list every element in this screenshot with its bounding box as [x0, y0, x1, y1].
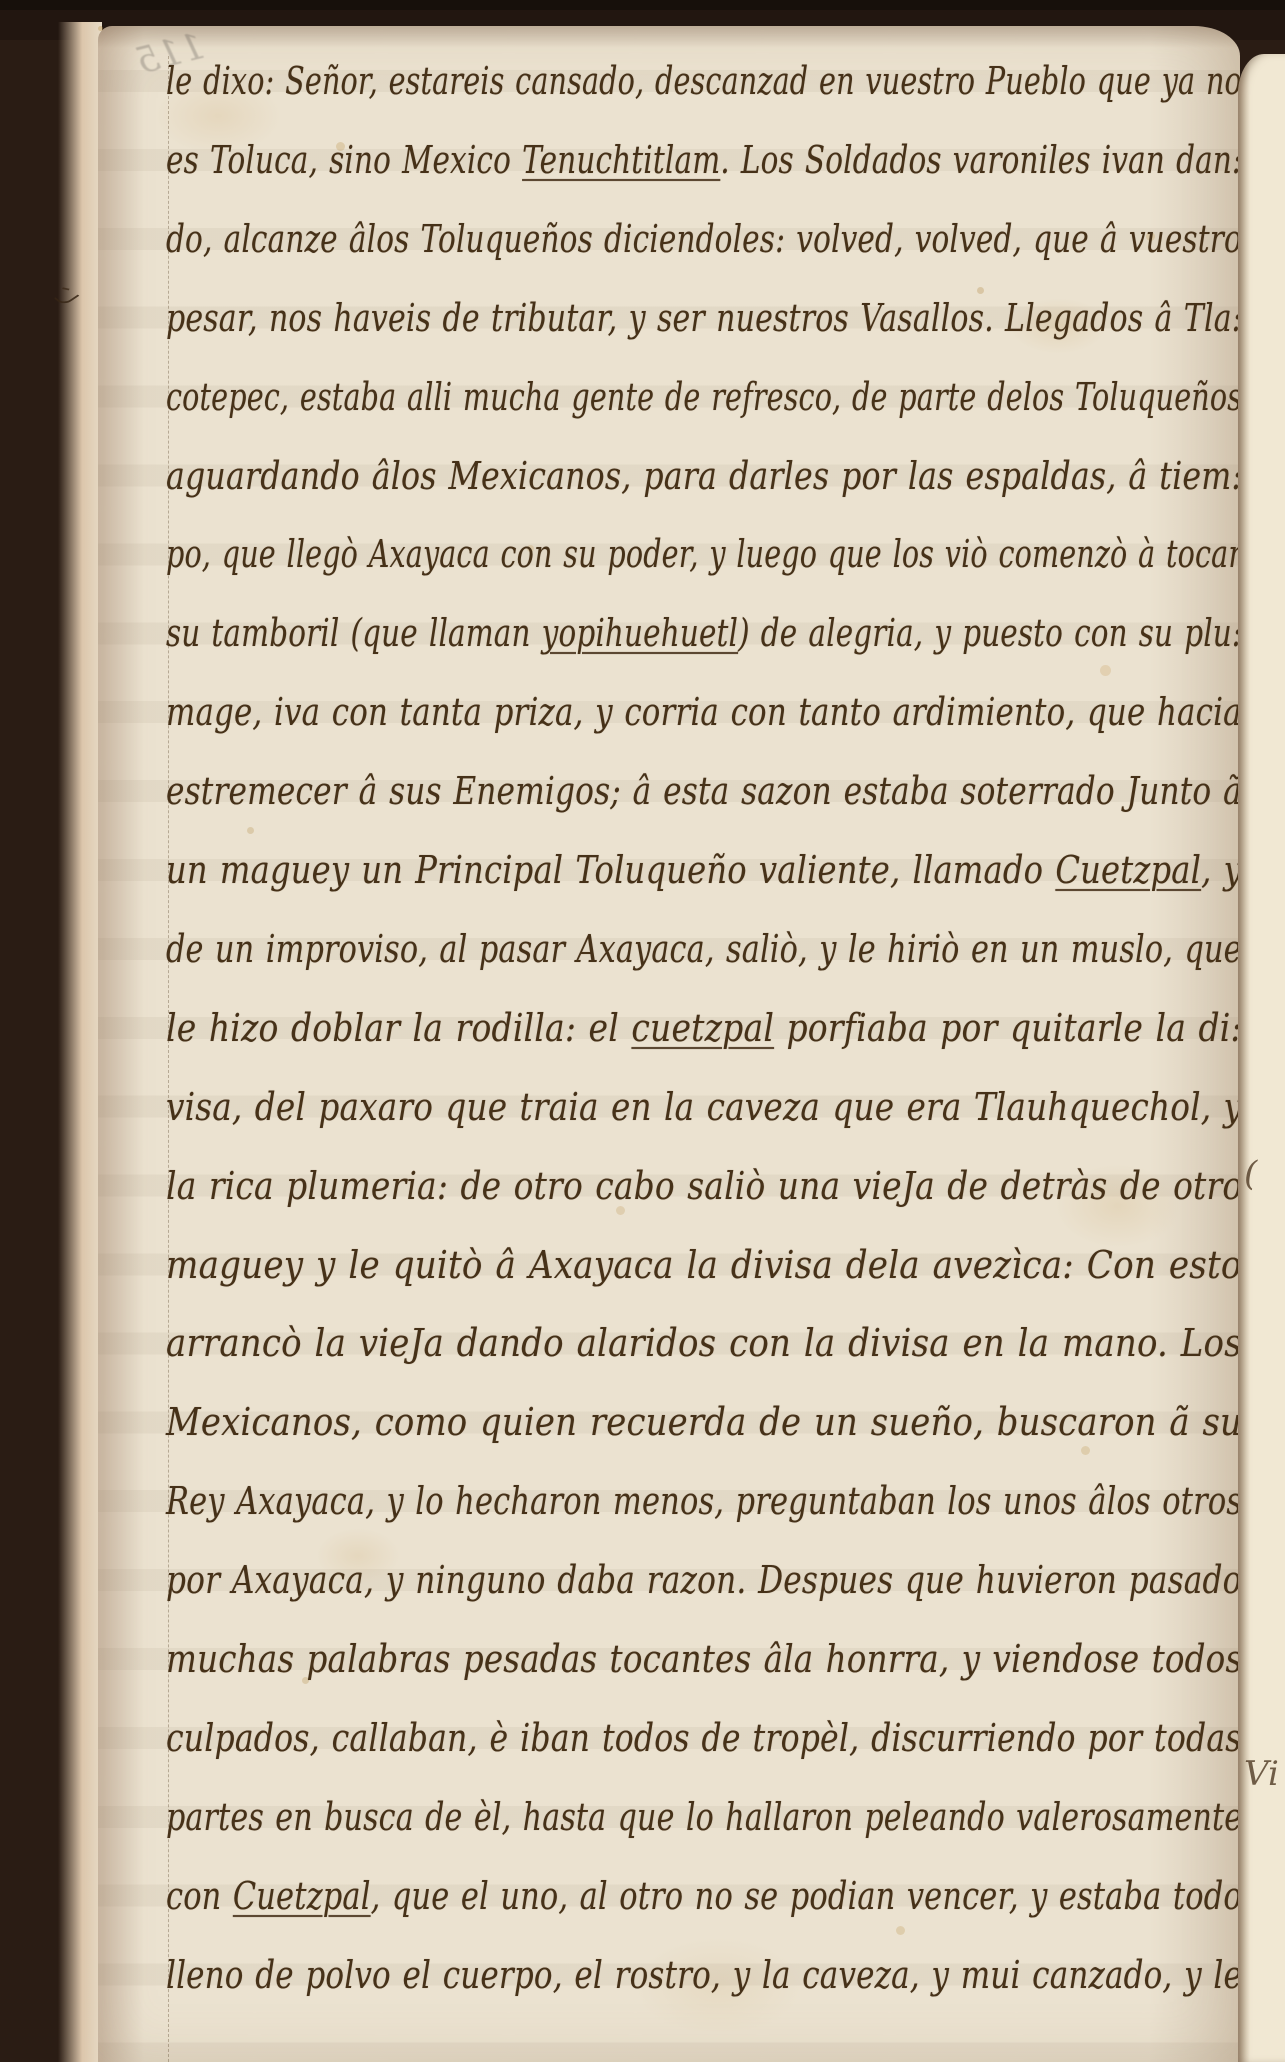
facing-page-text-fragment: Vi — [1244, 1754, 1279, 1794]
manuscript-line: estremecer â sus Enemigos; â esta sazon … — [166, 772, 1242, 810]
manuscript-line: aguardando âlos Mexicanos, para darles p… — [166, 457, 1242, 495]
manuscript-line: de un improviso, al pasar Axayaca, saliò… — [166, 930, 1242, 968]
manuscript-line: pesar, nos haveis de tributar, y ser nue… — [166, 299, 1242, 337]
foxing-spots — [98, 26, 103, 31]
manuscript-line: lleno de polvo el cuerpo, el rostro, y l… — [166, 1956, 1242, 1994]
manuscript-line: do, alcanze âlos Toluqueños diciendoles:… — [166, 220, 1242, 258]
manuscript-line: con Cuetzpal, que el uno, al otro no se … — [166, 1877, 1242, 1915]
manuscript-line: culpados, callaban, è iban todos de trop… — [166, 1719, 1242, 1757]
manuscript-line: arrancò la vieJa dando alaridos con la d… — [166, 1324, 1242, 1362]
manuscript-line: maguey y le quitò â Axayaca la divisa de… — [166, 1246, 1242, 1284]
manuscript-line: mage, iva con tanta priza, y corria con … — [166, 693, 1242, 731]
manuscript-line: la rica plumeria: de otro cabo saliò una… — [166, 1167, 1242, 1205]
manuscript-line: su tamboril (que llaman yopihuehuetl) de… — [166, 614, 1242, 652]
manuscript-line: visa, del paxaro que traia en la caveza … — [166, 1088, 1242, 1126]
manuscript-line: por Axayaca, y ninguno daba razon. Despu… — [166, 1561, 1242, 1599]
manuscript-text: le dixo: Señor, estareis cansado, descan… — [166, 26, 1240, 2062]
manuscript-page: 115 le dixo: Señor, estareis cansado, de… — [98, 26, 1240, 2062]
manuscript-line: Rey Axayaca, y lo hecharon menos, pregun… — [166, 1482, 1242, 1520]
manuscript-line: le dixo: Señor, estareis cansado, descan… — [166, 62, 1242, 100]
manuscript-line: po, que llegò Axayaca con su poder, y lu… — [166, 535, 1242, 573]
manuscript-line: le hizo doblar la rodilla: el cuetzpal p… — [166, 1009, 1242, 1047]
manuscript-line: Mexicanos, como quien recuerda de un sue… — [166, 1403, 1242, 1441]
facing-page-edge: (Vi — [1238, 54, 1285, 2062]
manuscript-line: un maguey un Principal Toluqueño valient… — [166, 851, 1242, 889]
manuscript-line: muchas palabras pesadas tocantes âla hon… — [166, 1640, 1242, 1678]
facing-page-text-fragment: ( — [1244, 1154, 1257, 1194]
manuscript-line: es Toluca, sino Mexico Tenuchtitlam. Los… — [166, 141, 1242, 179]
manuscript-line: partes en busca de èl, hasta que lo hall… — [166, 1798, 1242, 1836]
spine-to-page-transition — [58, 22, 102, 2062]
manuscript-scan: 115 le dixo: Señor, estareis cansado, de… — [0, 0, 1285, 2062]
manuscript-line: cotepec, estaba alli mucha gente de refr… — [166, 378, 1242, 416]
